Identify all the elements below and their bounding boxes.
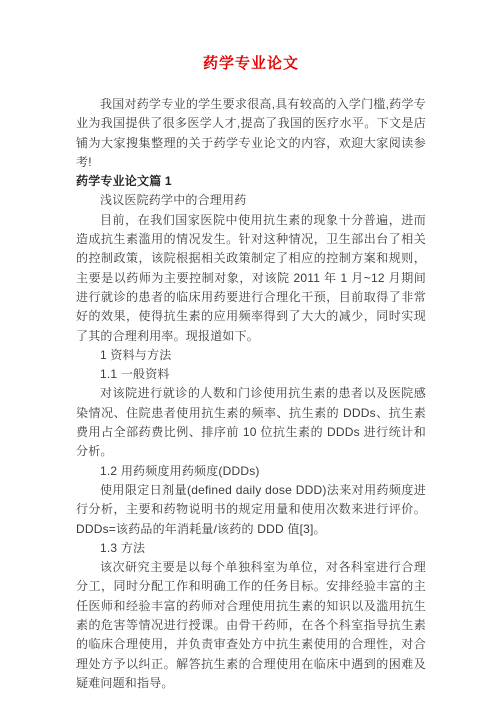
heading-1-materials-methods: 1 资料与方法 (76, 346, 426, 365)
page-title: 药学专业论文 (76, 54, 426, 74)
paragraph-background: 目前，在我们国家医院中使用抗生素的现象十分普遍，进而造成抗生素滥用的情况发生。针… (76, 211, 426, 346)
heading-1-2-ddds: 1.2 用药频度用药频度(DDDs) (76, 462, 426, 481)
document-page: { "colors": { "background": "#ffffff", "… (0, 0, 500, 707)
article-body: 我国对药学专业的学生要求很高,具有较高的入学门槛,药学专业为我国提供了很多医学人… (76, 95, 426, 693)
section-heading-article-1: 药学专业论文篇 1 (76, 172, 426, 191)
paragraph-method: 该次研究主要是以每个单独科室为单位，对各科室进行合理分工，同时分配工作和明确工作… (76, 558, 426, 693)
heading-1-3-method: 1.3 方法 (76, 539, 426, 558)
intro-paragraph: 我国对药学专业的学生要求很高,具有较高的入学门槛,药学专业为我国提供了很多医学人… (76, 95, 426, 172)
paragraph-general-data: 对该院进行就诊的人数和门诊使用抗生素的患者以及医院感染情况、住院患者使用抗生素的… (76, 384, 426, 461)
heading-1-1-general-data: 1.1 一般资料 (76, 365, 426, 384)
paragraph-ddds: 使用限定日剂量(defined daily dose DDD)法来对用药频度进行… (76, 481, 426, 539)
article-page: 药学专业论文 我国对药学专业的学生要求很高,具有较高的入学门槛,药学专业为我国提… (0, 0, 500, 707)
article-subtitle: 浅议医院药学中的合理用药 (76, 191, 426, 210)
